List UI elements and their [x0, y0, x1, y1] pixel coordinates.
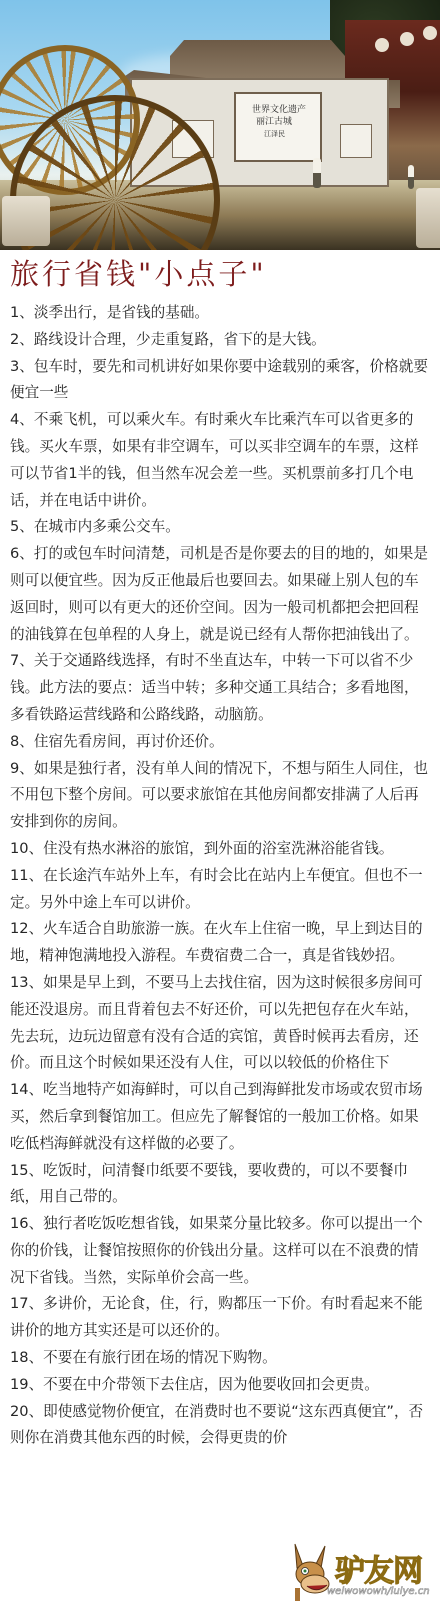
tip-item: 12、火车适合自助旅游一族。在火车上住宿一晚，早上到达目的地，精神饱满地投入游程…	[10, 916, 430, 970]
gate-roof	[170, 40, 345, 80]
tip-item: 3、包车时，要先和司机讲好如果你要中途载别的乘客，价格就要便宜一些	[10, 354, 430, 408]
tip-item: 15、吃饭时，问清餐巾纸要不要钱，要收费的，可以不要餐巾纸，用自己带的。	[10, 1158, 430, 1212]
inscription-line: 江泽民	[252, 128, 306, 140]
watermark-brand: 驴友网	[335, 1546, 422, 1590]
tip-item: 19、不要在中介带领下去住店，因为他要收回扣会更贵。	[10, 1372, 430, 1399]
hero-photo: 世界文化遗产 丽江古城 江泽民	[0, 0, 440, 250]
tip-item: 1、淡季出行，是省钱的基础。	[10, 300, 430, 327]
tip-item: 7、关于交通路线选择，有时不坐直达车，中转一下可以省不少钱。此方法的要点：适当中…	[10, 648, 430, 728]
inscription-line: 世界文化遗产	[252, 104, 306, 116]
inscription-line: 丽江古城	[252, 116, 306, 128]
tip-item: 16、独行者吃饭吃想省钱，如果菜分量比较多。你可以提出一个你的价钱，让餐馆按照你…	[10, 1211, 430, 1291]
person-figure	[408, 165, 414, 189]
tip-item: 8、住宿先看房间，再讨价还价。	[10, 729, 430, 756]
tip-item: 14、吃当地特产如海鲜时，可以自己到海鲜批发市场或农贸市场买，然后拿到餐馆加工。…	[10, 1077, 430, 1157]
watermark: 驴友网 weiwowowh/luiye.cn	[285, 1542, 440, 1606]
page-title: 旅行省钱"小点子"	[10, 256, 267, 292]
tip-item: 11、在长途汽车站外上车，有时会比在站内上车便宜。但也不一定。另外中途上车可以讲…	[10, 863, 430, 917]
tip-item: 9、如果是独行者，没有单人间的情况下，不想与陌生人同住，也不用包下整个房间。可以…	[10, 756, 430, 836]
tip-item: 6、打的或包车时问清楚，司机是否是你要去的目的地的，如果是则可以便宜些。因为反正…	[10, 541, 430, 648]
tip-item: 5、在城市内多乘公交车。	[10, 514, 430, 541]
tip-item: 18、不要在有旅行团在场的情况下购物。	[10, 1345, 430, 1372]
wall-inscription-panel: 世界文化遗产 丽江古城 江泽民	[234, 92, 322, 162]
stone-pillar-right	[416, 188, 440, 248]
tip-item: 20、即使感觉物价便宜，在消费时也不要说“这东西真便宜”，否则你在消费其他东西的…	[10, 1399, 430, 1453]
tip-item: 2、路线设计合理，少走重复路，省下的是大钱。	[10, 327, 430, 354]
tip-item: 10、住没有热水淋浴的旅馆，到外面的浴室洗淋浴能省钱。	[10, 836, 430, 863]
wall-panel-right	[340, 124, 372, 158]
tip-item: 4、不乘飞机，可以乘火车。有时乘火车比乘汽车可以省更多的钱。买火车票，如果有非空…	[10, 407, 430, 514]
tips-list: 1、淡季出行，是省钱的基础。 2、路线设计合理，少走重复路，省下的是大钱。 3、…	[10, 300, 430, 1452]
person-figure	[313, 158, 321, 188]
tip-item: 13、如果是早上到，不要马上去找住宿，因为这时候很多房间可能还没退房。而且背着包…	[10, 970, 430, 1077]
tip-item: 17、多讲价，无论食，住，行，购都压一下价。有时看起来不能讲价的地方其实还是可以…	[10, 1291, 430, 1345]
stone-pillar-left	[2, 196, 50, 246]
watermark-url: weiwowowh/luiye.cn	[327, 1586, 430, 1597]
